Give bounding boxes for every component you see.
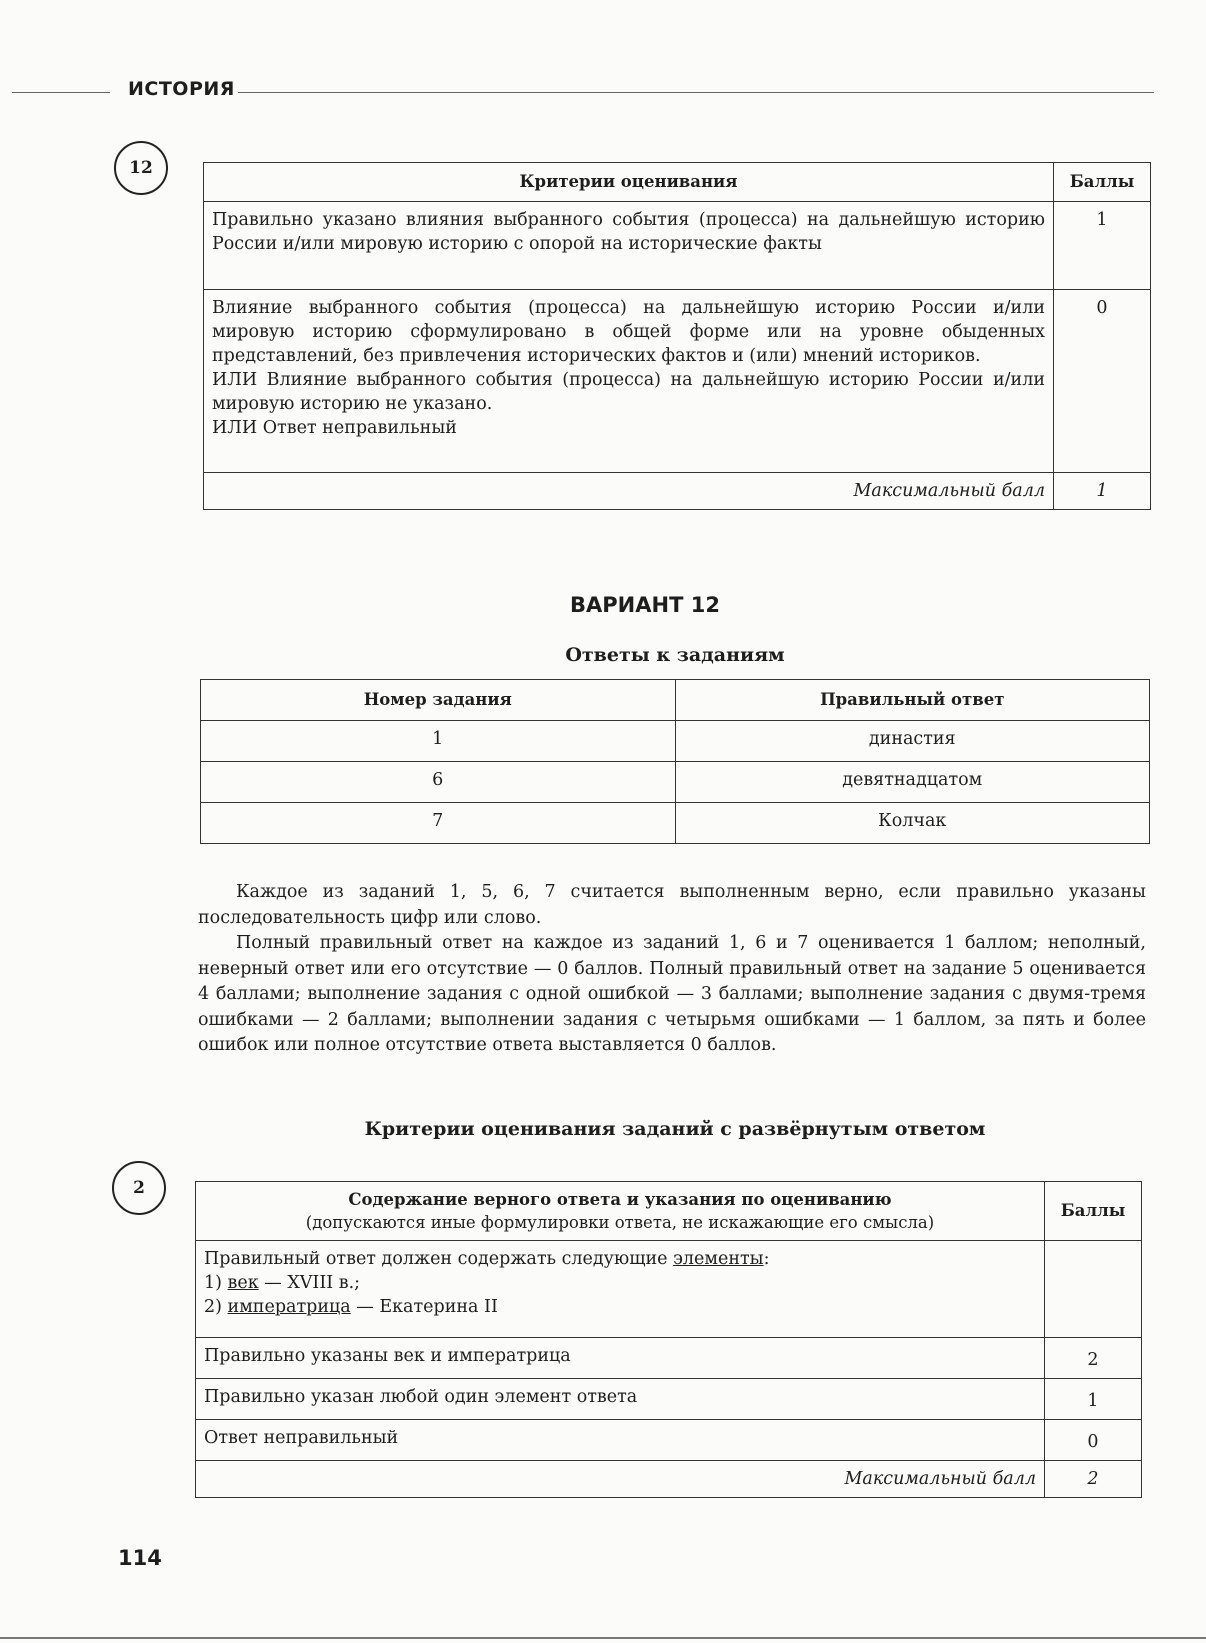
answers-table: Номер задания Правильный ответ 1 династи…: [200, 679, 1150, 844]
task-number-badge: 12: [114, 141, 168, 195]
max-score-label: Максимальный балл: [204, 473, 1054, 510]
score-value: 0: [1045, 1420, 1142, 1461]
answers-title: Ответы к заданиям: [200, 644, 1150, 666]
element-value: — XVIII в.;: [259, 1273, 360, 1293]
task-number-badge: 2: [112, 1161, 166, 1215]
criteria-line: Влияние выбранного события (процесса) на…: [212, 296, 1045, 368]
task-answer: девятнадцатом: [675, 762, 1150, 803]
criteria-line: ИЛИ Влияние выбранного события (процесса…: [212, 368, 1045, 416]
answer-elements: Правильный ответ должен содержать следую…: [196, 1241, 1045, 1338]
criteria-text: Правильно указан любой один элемент отве…: [196, 1379, 1045, 1420]
content-header-line2: (допускаются иные формулировки ответа, н…: [204, 1211, 1036, 1234]
score-value: [1045, 1241, 1142, 1338]
task-answer: династия: [675, 721, 1150, 762]
element-prefix: 2): [204, 1297, 228, 1317]
max-score-value: 1: [1054, 473, 1151, 510]
footer-rule: [0, 1637, 1206, 1639]
header-rule-left: [12, 92, 110, 93]
header-rule-right: [238, 92, 1154, 93]
table-row: 1 династия: [201, 721, 1150, 762]
answer-header: Правильный ответ: [675, 680, 1150, 721]
paragraph: Каждое из заданий 1, 5, 6, 7 считается в…: [198, 880, 1146, 931]
score-value: 1: [1054, 202, 1151, 290]
elements-word: элементы: [673, 1249, 764, 1269]
criteria-title: Критерии оценивания заданий с развёрнуты…: [200, 1118, 1150, 1140]
task-answer: Колчак: [675, 803, 1150, 844]
elements-intro: Правильный ответ должен содержать следую…: [204, 1249, 668, 1269]
criteria-text: Ответ неправильный: [196, 1420, 1045, 1461]
task-number: 7: [201, 803, 676, 844]
element-key: императрица: [228, 1297, 351, 1317]
scoring-notes: Каждое из заданий 1, 5, 6, 7 считается в…: [198, 880, 1146, 1059]
table-row: 7 Колчак: [201, 803, 1150, 844]
table-row: 6 девятнадцатом: [201, 762, 1150, 803]
criteria-line: ИЛИ Ответ неправильный: [212, 416, 1045, 440]
score-header: Баллы: [1054, 163, 1151, 202]
table-row: Правильно указаны век и императрица 2: [196, 1338, 1142, 1379]
number-header: Номер задания: [201, 680, 676, 721]
criteria-text: Влияние выбранного события (процесса) на…: [204, 290, 1054, 473]
element-value: — Екатерина II: [351, 1297, 498, 1317]
page-number: 114: [118, 1546, 162, 1570]
table-row: Правильно указан любой один элемент отве…: [196, 1379, 1142, 1420]
score-value: 1: [1045, 1379, 1142, 1420]
table-row: Правильный ответ должен содержать следую…: [196, 1241, 1142, 1338]
criteria-text: Правильно указаны век и императрица: [196, 1338, 1045, 1379]
element-key: век: [228, 1273, 259, 1293]
score-value: 2: [1045, 1338, 1142, 1379]
max-score-label: Максимальный балл: [196, 1461, 1045, 1498]
task2-criteria-table: Содержание верного ответа и указания по …: [195, 1181, 1142, 1498]
score-value: 0: [1054, 290, 1151, 473]
task12-criteria-table: Критерии оценивания Баллы Правильно указ…: [203, 162, 1151, 510]
variant-title: ВАРИАНТ 12: [0, 593, 1206, 617]
max-score-row: Максимальный балл 1: [204, 473, 1151, 510]
paragraph: Полный правильный ответ на каждое из зад…: [198, 931, 1146, 1059]
task-number: 6: [201, 762, 676, 803]
content-header-line1: Содержание верного ответа и указания по …: [204, 1188, 1036, 1211]
criteria-text: Правильно указано влияния выбранного соб…: [204, 202, 1054, 290]
content-header: Содержание верного ответа и указания по …: [196, 1182, 1045, 1241]
criteria-header: Критерии оценивания: [204, 163, 1054, 202]
section-title: ИСТОРИЯ: [128, 78, 235, 100]
table-row: Правильно указано влияния выбранного соб…: [204, 202, 1151, 290]
score-header: Баллы: [1045, 1182, 1142, 1241]
table-row: Влияние выбранного события (процесса) на…: [204, 290, 1151, 473]
task-number: 1: [201, 721, 676, 762]
max-score-row: Максимальный балл 2: [196, 1461, 1142, 1498]
table-row: Ответ неправильный 0: [196, 1420, 1142, 1461]
max-score-value: 2: [1045, 1461, 1142, 1498]
element-prefix: 1): [204, 1273, 228, 1293]
